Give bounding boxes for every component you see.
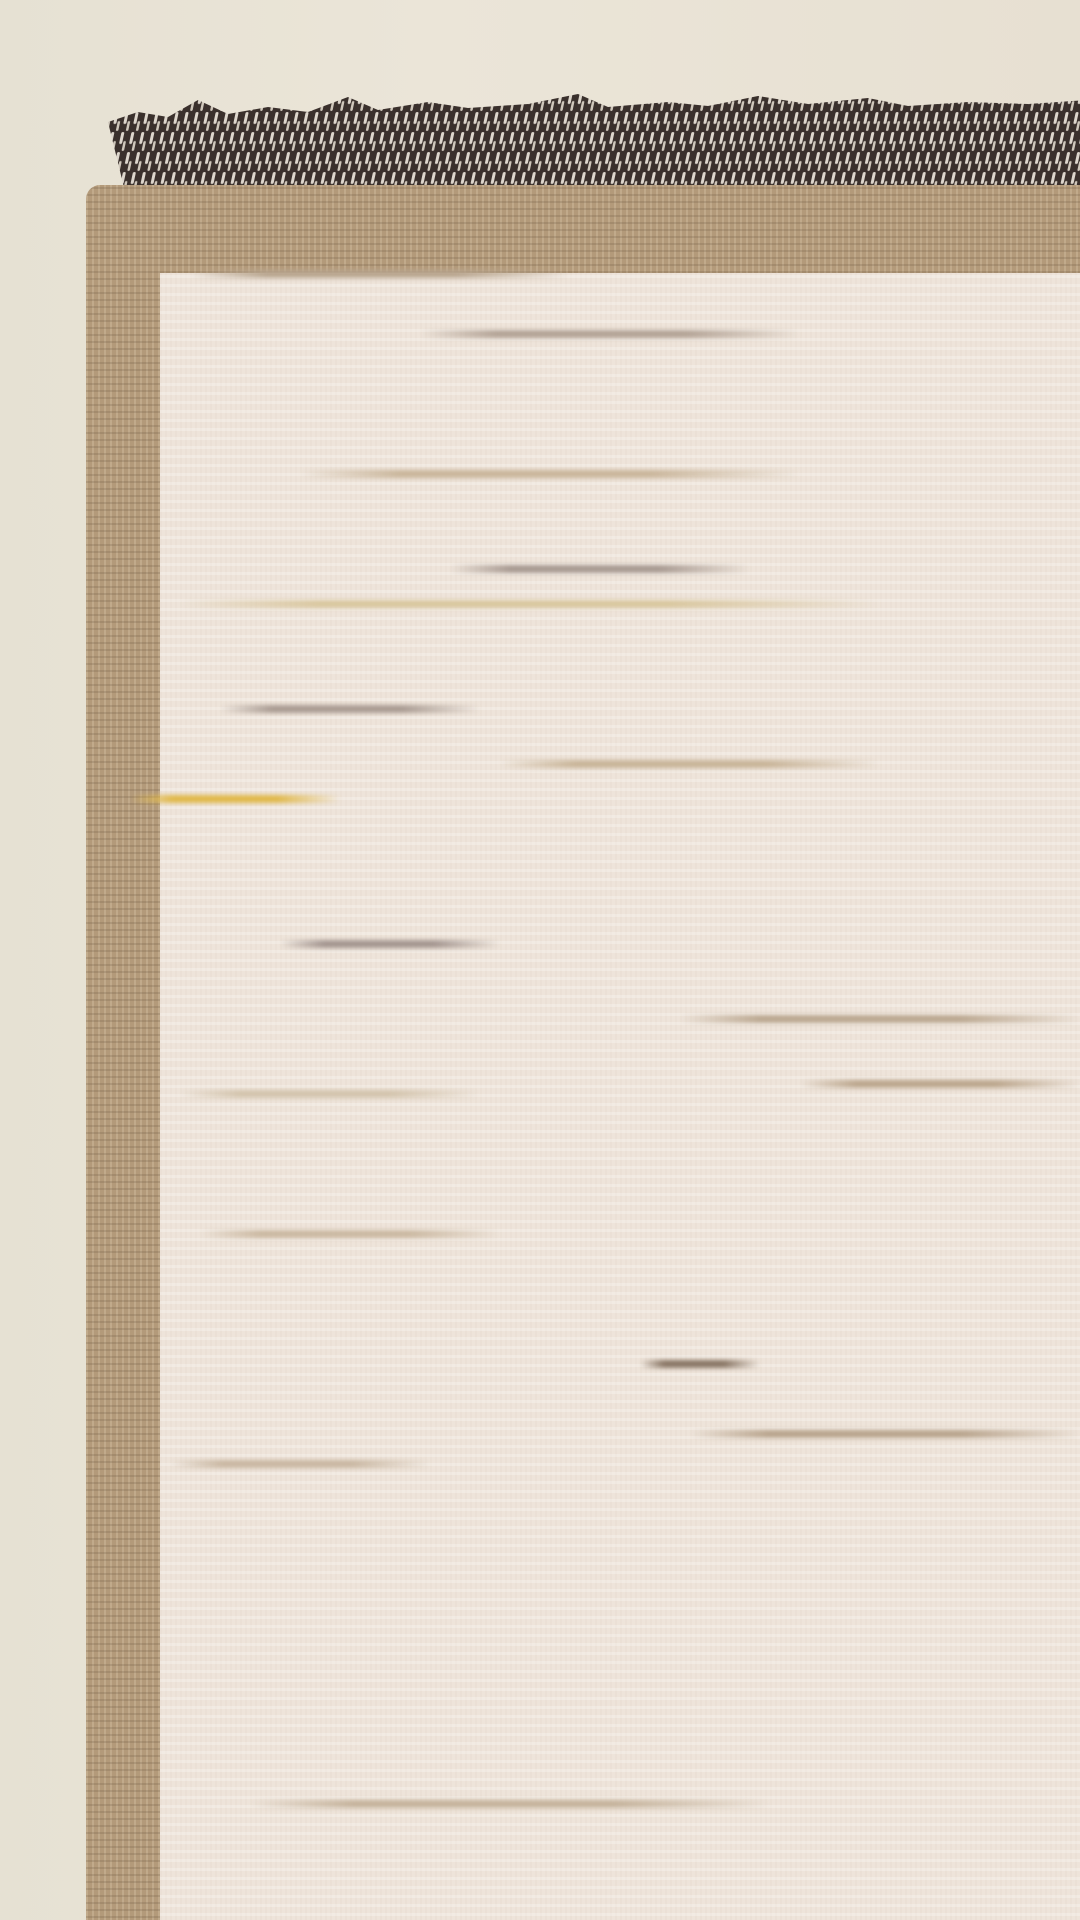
color-streak bbox=[420, 330, 800, 338]
color-streak bbox=[220, 705, 480, 713]
color-streak bbox=[180, 600, 880, 608]
color-streak bbox=[500, 760, 880, 768]
color-streak bbox=[200, 1230, 500, 1238]
color-streak bbox=[800, 1080, 1080, 1088]
color-streak bbox=[180, 1090, 480, 1098]
rug bbox=[86, 185, 1080, 1920]
color-streak bbox=[250, 1800, 770, 1808]
color-streak bbox=[190, 270, 570, 278]
wool-pile-field bbox=[160, 273, 1080, 1920]
color-streak bbox=[450, 565, 750, 573]
color-streak bbox=[130, 795, 340, 803]
color-streak bbox=[680, 1015, 1080, 1023]
color-streak bbox=[280, 940, 500, 948]
color-streak bbox=[640, 1360, 760, 1368]
color-streak bbox=[690, 1430, 1080, 1438]
color-streak bbox=[300, 470, 800, 478]
color-streak bbox=[170, 1460, 430, 1468]
